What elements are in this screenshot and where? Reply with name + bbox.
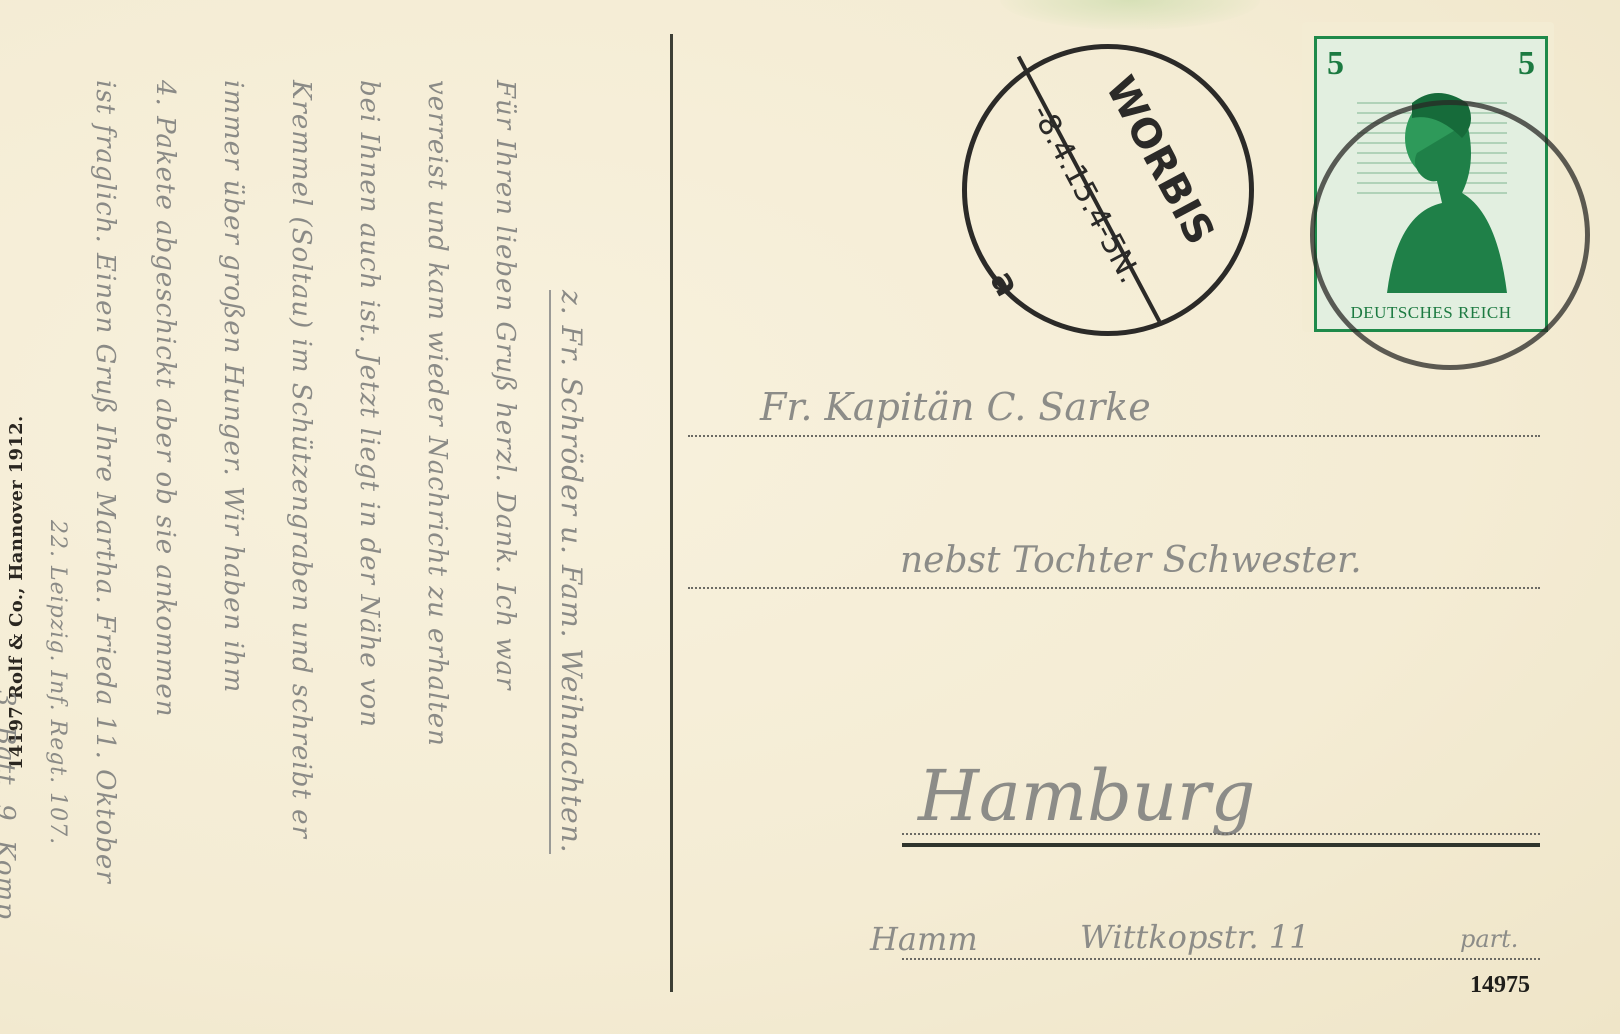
stamp-value-right: 5: [1518, 45, 1535, 83]
message-line: Kremmel (Soltau) im Schützengraben und s…: [286, 80, 316, 839]
center-divider: [670, 34, 673, 992]
address-line-4: [902, 958, 1540, 960]
address-street-label: Hamm: [870, 920, 978, 958]
message-line: 3. Batt. 9. Komp.: [0, 690, 20, 929]
address-name: Fr. Kapitän C. Sarke: [760, 385, 1151, 429]
address-suffix: part.: [1460, 925, 1518, 953]
message-line: bei Ihnen auch ist. Jetzt liegt in der N…: [354, 80, 384, 728]
stamp-cancellation-postmark: [1310, 100, 1590, 370]
message-line: immer über großen Hunger. Wir haben ihm: [218, 80, 248, 693]
postcard-back: 14197 Rolf & Co., Hannover 1912. z. Fr. …: [0, 0, 1620, 1034]
postmark-letter: a: [982, 264, 1028, 303]
message-heading: z. Fr. Schröder u. Fam. Weihnachten.: [549, 290, 588, 854]
address-line-2: [688, 587, 1540, 589]
message-line: Für Ihren lieben Gruß herzl. Dank. Ich w…: [490, 80, 520, 690]
serial-number: 14975: [1470, 972, 1530, 999]
address-line2-text: nebst Tochter Schwester.: [900, 540, 1362, 581]
message-line: 22. Leipzig. Inf. Regt. 107.: [45, 520, 70, 845]
message-line: ist fraglich. Einen Gruß Ihre Martha. Fr…: [90, 80, 120, 884]
address-street: Wittkopstr. 11: [1080, 918, 1310, 956]
worbis-postmark: WORBIS -8.4.15.4-5N. a: [962, 44, 1254, 336]
message-line: 4. Pakete abgeschickt aber ob sie ankomm…: [150, 80, 180, 718]
address-city: Hamburg: [918, 755, 1255, 837]
city-underline: [902, 843, 1540, 847]
stamp-value-left: 5: [1327, 45, 1344, 83]
message-line: verreist und kam wieder Nachricht zu erh…: [422, 80, 452, 747]
address-line-1: [688, 435, 1540, 437]
paper-stain: [1000, 0, 1260, 30]
message-area: z. Fr. Schröder u. Fam. Weihnachten. Für…: [40, 40, 600, 980]
address-line-3: [902, 833, 1540, 835]
